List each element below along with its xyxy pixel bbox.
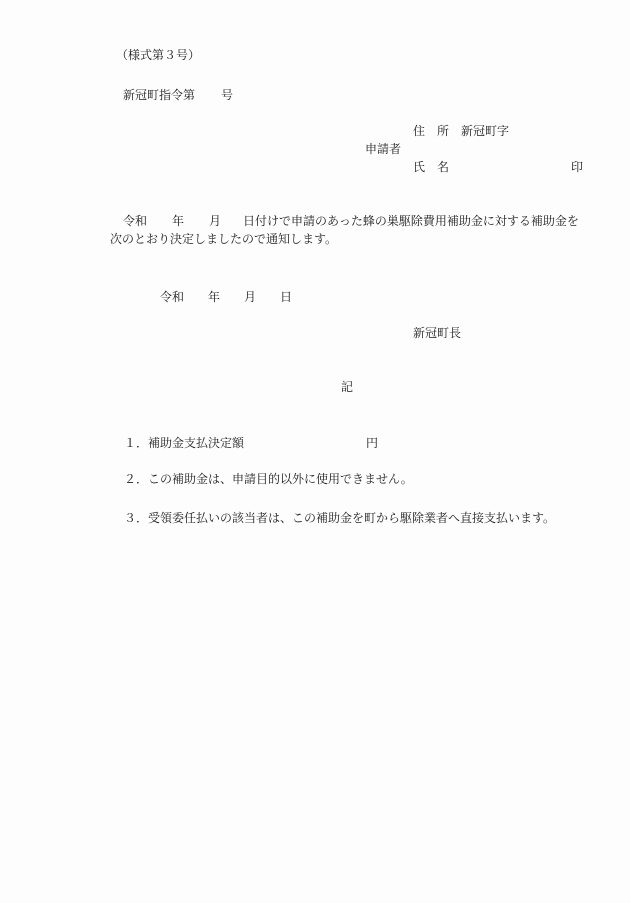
directive-number: 新冠町指令第号 <box>123 88 233 102</box>
name-label: 氏 名 <box>413 160 449 174</box>
issue-era: 令和 <box>160 290 184 304</box>
item-text: この補助金は、申請目的以外に使用できません。 <box>148 472 413 486</box>
item-text: 受領委任払いの該当者は、この補助金を町から駆除業者へ直接支払います。 <box>148 511 555 525</box>
item-1: １．補助金支払決定額円 <box>124 436 378 450</box>
item-3: ３．受領委任払いの該当者は、この補助金を町から駆除業者へ直接支払います。 <box>124 511 555 525</box>
item-unit: 円 <box>366 436 378 450</box>
document-page: （様式第３号） 新冠町指令第号 住 所新冠町字 申請者 氏 名 印 令和年月日付… <box>0 0 630 903</box>
item-number: ３． <box>124 511 148 525</box>
issue-day-label: 日 <box>280 290 292 304</box>
seal-mark: 印 <box>571 160 583 174</box>
body-era: 令和 <box>123 214 147 228</box>
address-value: 新冠町字 <box>461 124 509 138</box>
issuer: 新冠町長 <box>413 326 461 340</box>
ki-heading: 記 <box>341 380 353 394</box>
applicant-label: 申請者 <box>365 142 401 156</box>
address-row: 住 所新冠町字 <box>413 124 509 138</box>
body-year-label: 年 <box>172 214 184 228</box>
body-month-label: 月 <box>209 214 221 228</box>
body-line2: 次のとおり決定しましたので通知します。 <box>110 232 337 246</box>
item-text: 補助金支払決定額 <box>148 436 244 450</box>
body-day-text: 日付けで申請のあった蜂の巣駆除費用補助金に対する補助金を <box>243 214 579 228</box>
item-number: １． <box>124 436 148 450</box>
directive-suffix: 号 <box>221 88 233 102</box>
issue-date: 令和年月日 <box>160 290 292 304</box>
issue-month-label: 月 <box>244 290 256 304</box>
notification-paragraph: 令和年月日付けで申請のあった蜂の巣駆除費用補助金に対する補助金を 次のとおり決定… <box>110 212 590 248</box>
item-number: ２． <box>124 472 148 486</box>
address-label: 住 所 <box>413 124 449 138</box>
directive-prefix: 新冠町指令第 <box>123 88 195 102</box>
item-2: ２．この補助金は、申請目的以外に使用できません。 <box>124 472 413 486</box>
form-number: （様式第３号） <box>116 48 200 62</box>
issue-year-label: 年 <box>208 290 220 304</box>
